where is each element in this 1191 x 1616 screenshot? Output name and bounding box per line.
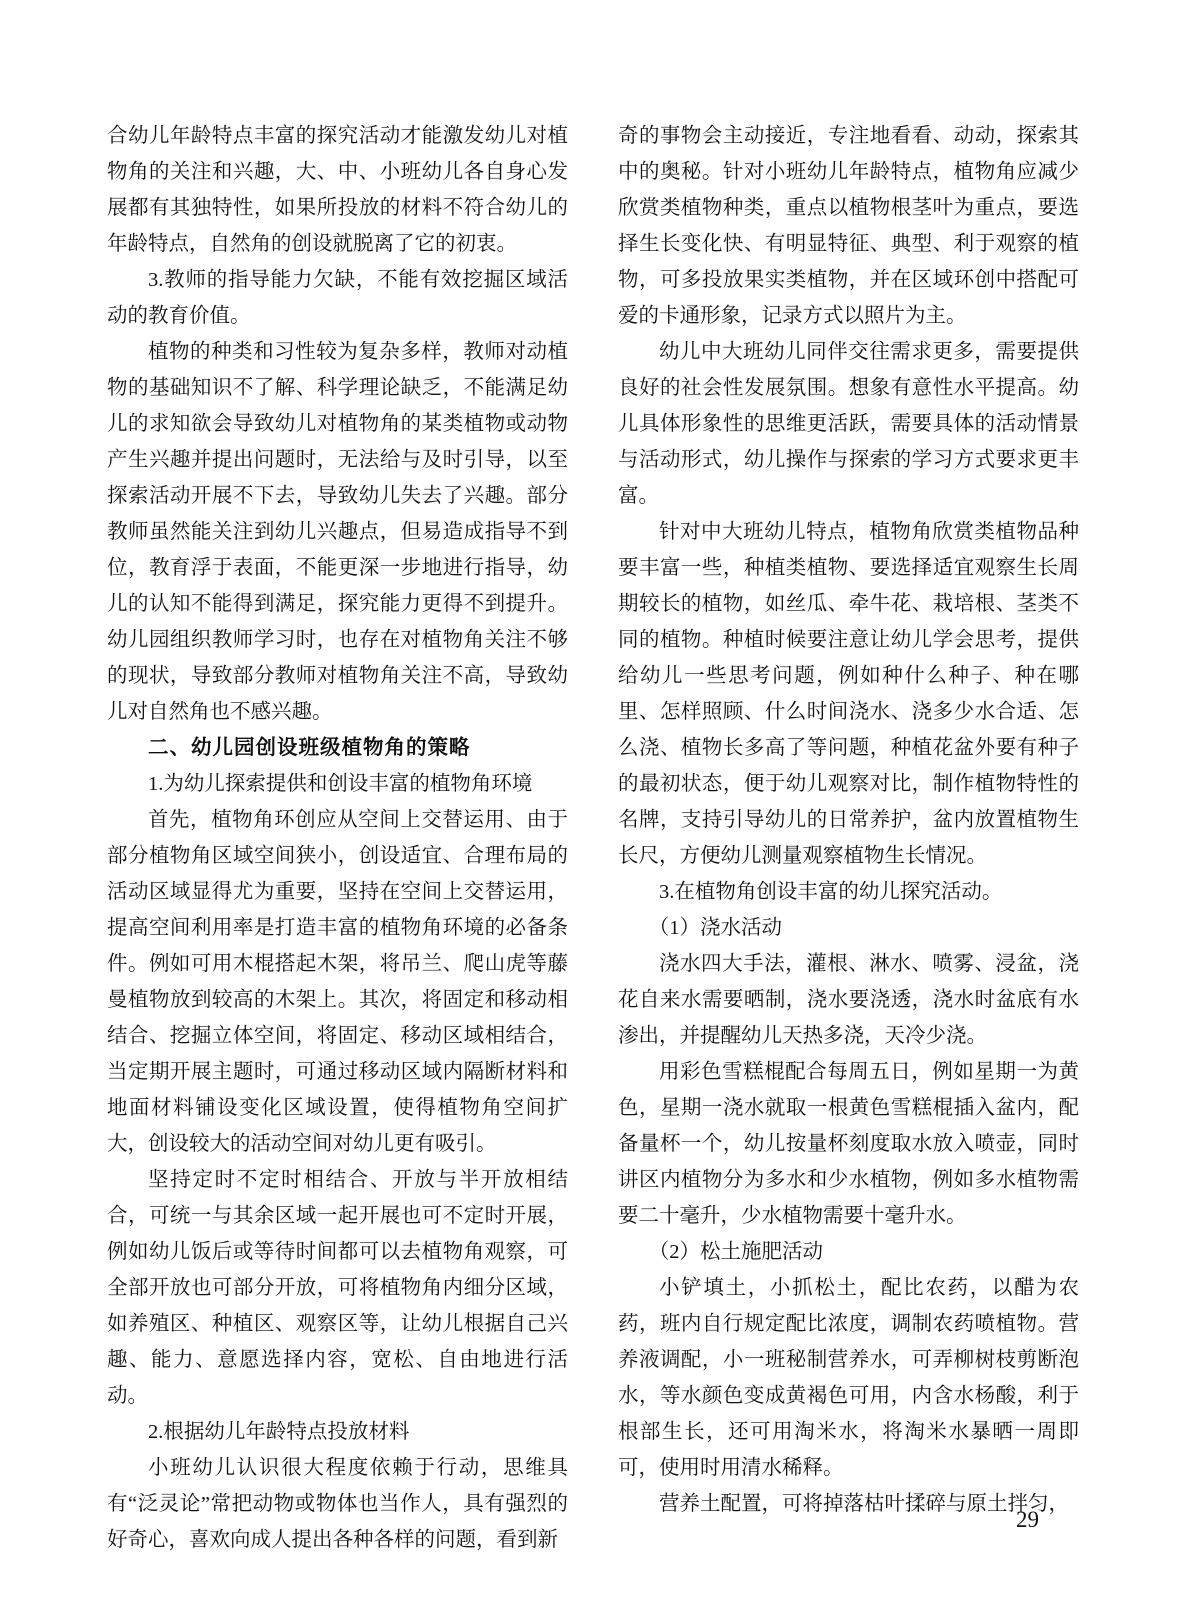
paragraph: 针对中大班幼儿特点，植物角欣赏类植物品种要丰富一些，种植类植物、要选择适宜观察生…	[618, 514, 1079, 874]
paragraph: 坚持定时不定时相结合、开放与半开放相结合，可统一与其余区域一起开展也可不定时开展…	[107, 1162, 568, 1414]
paragraph: 用彩色雪糕棍配合每周五日，例如星期一为黄色，星期一浇水就取一根黄色雪糕棍插入盆内…	[618, 1054, 1079, 1234]
two-column-text-area: 合幼儿年龄特点丰富的探究活动才能激发幼儿对植物角的关注和兴趣，大、中、小班幼儿各…	[107, 118, 1079, 1558]
numbered-point-3: 3.在植物角创设丰富的幼儿探究活动。	[618, 874, 1079, 910]
right-column: 奇的事物会主动接近，专注地看看、动动，探索其中的奥秘。针对小班幼儿年龄特点，植物…	[618, 118, 1079, 1558]
sub-point-2-heading: （2）松土施肥活动	[618, 1234, 1079, 1270]
paragraph: 幼儿中大班幼儿同伴交往需求更多，需要提供良好的社会性发展氛围。想象有意性水平提高…	[618, 334, 1079, 514]
section-heading-2: 二、幼儿园创设班级植物角的策略	[107, 730, 568, 766]
paragraph: 小铲填土，小抓松土，配比农药，以醋为农药，班内自行规定配比浓度，调制农药喷植物。…	[618, 1270, 1079, 1486]
paragraph-continuation: 合幼儿年龄特点丰富的探究活动才能激发幼儿对植物角的关注和兴趣，大、中、小班幼儿各…	[107, 118, 568, 262]
paragraph: 营养土配置，可将掉落枯叶揉碎与原土拌匀，	[618, 1486, 1079, 1522]
sub-point-1-heading: （1）浇水活动	[618, 910, 1079, 946]
paragraph: 小班幼儿认识很大程度依赖于行动，思维具有“泛灵论”常把动物或物体也当作人，具有强…	[107, 1450, 568, 1558]
document-page: 合幼儿年龄特点丰富的探究活动才能激发幼儿对植物角的关注和兴趣，大、中、小班幼儿各…	[0, 0, 1191, 1616]
numbered-point-2: 2.根据幼儿年龄特点投放材料	[107, 1414, 568, 1450]
paragraph: 植物的种类和习性较为复杂多样，教师对动植物的基础知识不了解、科学理论缺乏，不能满…	[107, 334, 568, 730]
left-column: 合幼儿年龄特点丰富的探究活动才能激发幼儿对植物角的关注和兴趣，大、中、小班幼儿各…	[107, 118, 568, 1558]
numbered-point-3: 3.教师的指导能力欠缺，不能有效挖掘区域活动的教育价值。	[107, 262, 568, 334]
page-number: 29	[1016, 1502, 1039, 1538]
numbered-point-1: 1.为幼儿探索提供和创设丰富的植物角环境	[107, 766, 568, 802]
paragraph-continuation: 奇的事物会主动接近，专注地看看、动动，探索其中的奥秘。针对小班幼儿年龄特点，植物…	[618, 118, 1079, 334]
paragraph: 浇水四大手法，灌根、淋水、喷雾、浸盆，浇花自来水需要晒制，浇水要浇透，浇水时盆底…	[618, 946, 1079, 1054]
paragraph: 首先，植物角环创应从空间上交替运用、由于部分植物角区域空间狭小，创设适宜、合理布…	[107, 802, 568, 1162]
